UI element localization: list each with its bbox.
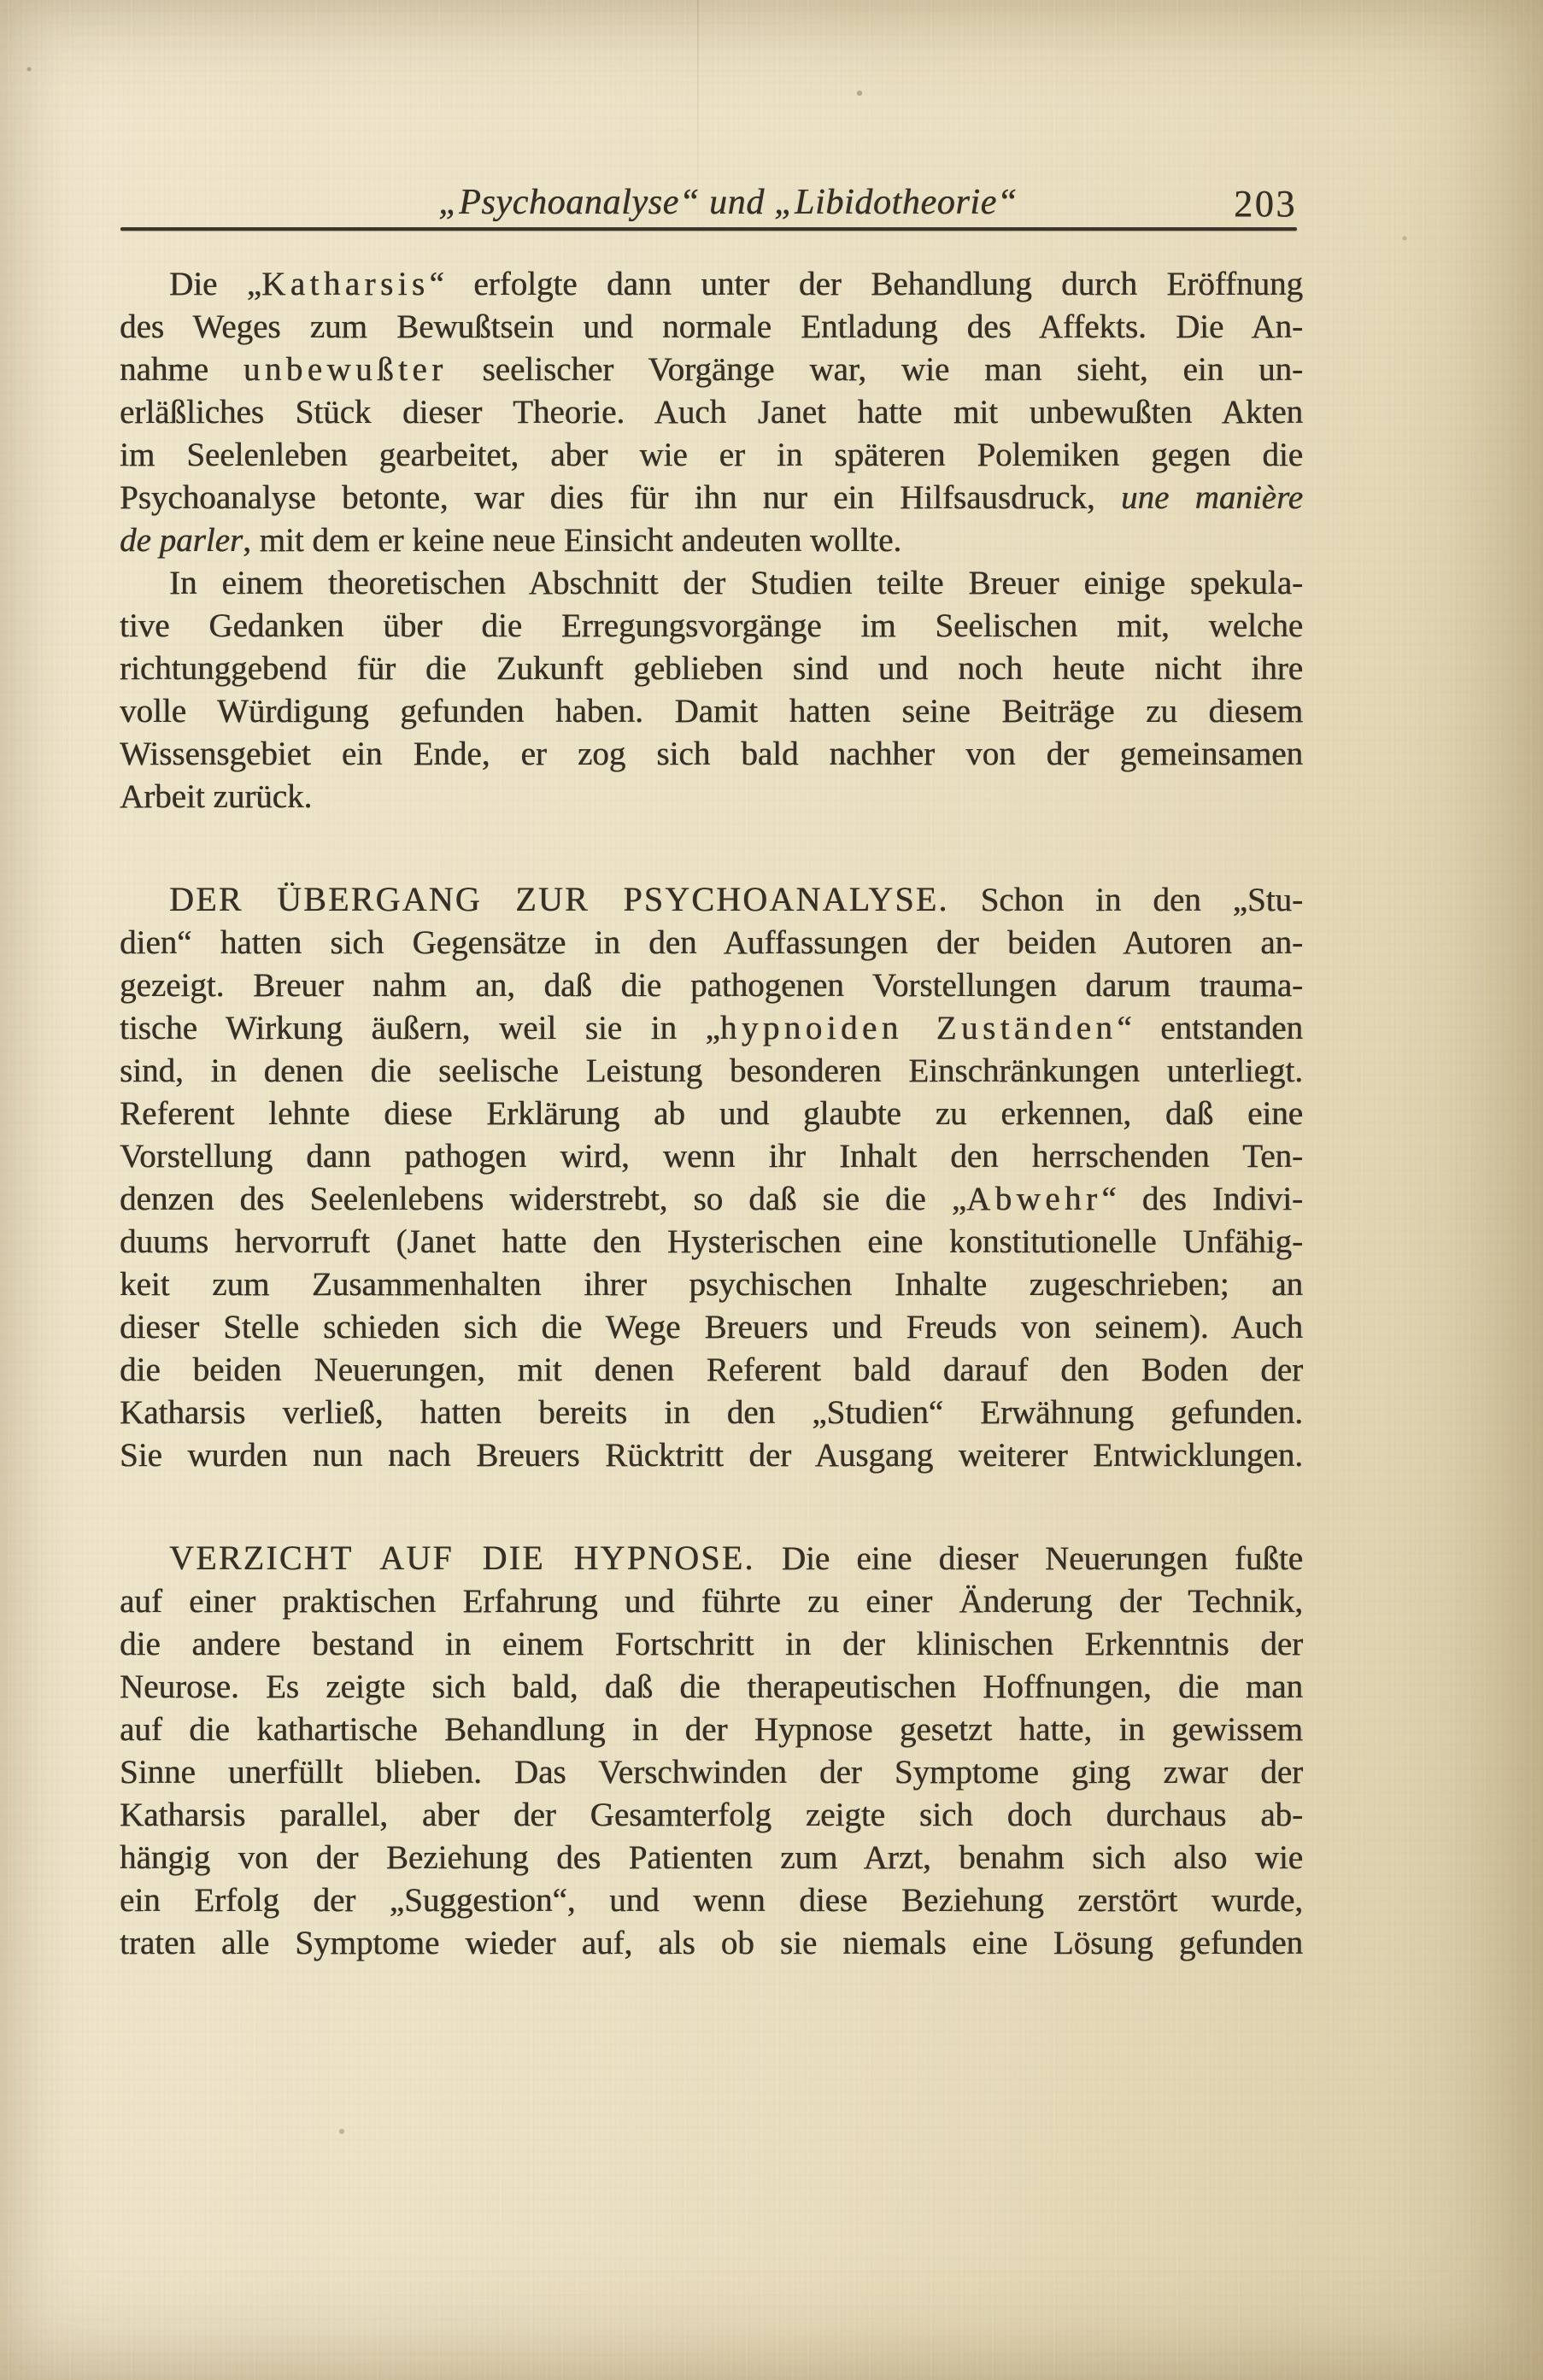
text-line: tische Wirkung äußern, weil sie in „hypn… <box>120 1007 1303 1050</box>
text-line: die andere bestand in einem Fortschritt … <box>120 1623 1303 1666</box>
text-line: Sinne unerfüllt blieben. Das Verschwinde… <box>120 1751 1303 1794</box>
text-line: im Seelenleben gearbeitet, aber wie er i… <box>120 434 1303 477</box>
text-line: Katharsis verließ, hatten bereits in den… <box>120 1392 1303 1434</box>
text-segment: sind, in denen die seelische Leistung be… <box>120 1052 1303 1089</box>
text-segment: Katharsis parallel, aber der Gesamterfol… <box>120 1797 1303 1833</box>
text-line: volle Würdigung gefunden haben. Damit ha… <box>120 690 1303 733</box>
text-line: richtunggebend für die Zukunft geblieben… <box>120 648 1303 690</box>
text-segment: Psychoanalyse betonte, war dies für ihn … <box>120 479 1121 516</box>
text-line: Vorstellung dann pathogen wird, wenn ihr… <box>120 1135 1303 1178</box>
text-line: Wissensgebiet ein Ende, er zog sich bald… <box>120 733 1303 776</box>
text-segment: volle Würdigung gefunden haben. Damit ha… <box>120 693 1303 730</box>
text-line: de parler, mit dem er keine neue Einsich… <box>120 519 1303 562</box>
text-line: auf die kathartische Behandlung in der H… <box>120 1709 1303 1751</box>
text-segment: die beiden Neuerungen, mit denen Referen… <box>120 1351 1303 1388</box>
text-segment: richtunggebend für die Zukunft geblieben… <box>120 650 1303 687</box>
text-segment: seelischer Vorgänge war, wie man sieht, … <box>448 351 1303 388</box>
text-segment: Katharsis <box>261 266 429 302</box>
text-line: erläßliches Stück dieser Theorie. Auch J… <box>120 391 1303 434</box>
text-segment: Katharsis verließ, hatten bereits in den… <box>120 1394 1303 1431</box>
text-line: duums hervorruft (Janet hatte den Hyster… <box>120 1221 1303 1263</box>
page-number: 203 <box>1234 185 1297 224</box>
text-segment: auf einer praktischen Erfahrung und führ… <box>120 1583 1303 1620</box>
text-segment: tive Gedanken über die Erregungsvorgänge… <box>120 607 1303 644</box>
running-title: „Psychoanalyse“ und „Libidotheorie“ <box>120 183 1297 222</box>
text-line: traten alle Symptome wieder auf, als ob … <box>120 1922 1303 1965</box>
text-segment: “ entstanden <box>1117 1010 1303 1046</box>
paper-specks <box>0 0 2 2</box>
text-segment: hypnoiden Zuständen <box>720 1010 1117 1046</box>
text-segment: auf die kathartische Behandlung in der H… <box>120 1711 1303 1748</box>
text-line: Die „Katharsis“ erfolgte dann unter der … <box>120 263 1303 306</box>
text-segment: gezeigt. Breuer nahm an, daß die pathoge… <box>120 967 1303 1004</box>
header-rule <box>120 227 1297 231</box>
text-segment: “ erfolgte dann unter der Behandlung dur… <box>430 266 1303 302</box>
text-line: Referent lehnte diese Erklärung ab und g… <box>120 1093 1303 1135</box>
text-segment: duums hervorruft (Janet hatte den Hyster… <box>120 1223 1303 1260</box>
text-line: nahme unbewußter seelischer Vorgänge war… <box>120 349 1303 391</box>
text-segment: de parler <box>120 522 243 559</box>
paragraph-p4: VERZICHT AUF DIE HYPNOSE. Die eine diese… <box>120 1537 1303 1965</box>
text-segment: DER ÜBERGANG ZUR PSYCHOANALYSE. <box>169 880 949 918</box>
text-segment: traten alle Symptome wieder auf, als ob … <box>120 1925 1303 1961</box>
text-segment: dien“ hatten sich Gegensätze in den Auff… <box>120 924 1303 961</box>
text-line: In einem theoretischen Abschnitt der Stu… <box>120 562 1303 605</box>
text-line: Sie wurden nun nach Breuers Rücktritt de… <box>120 1434 1303 1477</box>
text-line: keit zum Zusammenhalten ihrer psychische… <box>120 1263 1303 1306</box>
text-line: Arbeit zurück. <box>120 776 1303 818</box>
text-segment: Neurose. Es zeigte sich bald, daß die th… <box>120 1668 1303 1705</box>
text-segment: , mit dem er keine neue Einsicht andeute… <box>243 522 901 559</box>
text-segment: erläßliches Stück dieser Theorie. Auch J… <box>120 394 1303 431</box>
book-page: „Psychoanalyse“ und „Libidotheorie“ 203 … <box>0 0 1543 2380</box>
text-line: auf einer praktischen Erfahrung und führ… <box>120 1580 1303 1623</box>
text-segment: Die eine dieser Neuerungen fußte <box>755 1540 1303 1577</box>
text-line: dien“ hatten sich Gegensätze in den Auff… <box>120 922 1303 964</box>
text-segment: Sinne unerfüllt blieben. Das Verschwinde… <box>120 1754 1303 1791</box>
text-segment: Referent lehnte diese Erklärung ab und g… <box>120 1095 1303 1132</box>
text-segment: Vorstellung dann pathogen wird, wenn ihr… <box>120 1138 1303 1175</box>
text-line: hängig von der Beziehung des Patienten z… <box>120 1837 1303 1879</box>
text-segment: im Seelenleben gearbeitet, aber wie er i… <box>120 437 1303 473</box>
text-line: ein Erfolg der „Suggestion“, und wenn di… <box>120 1879 1303 1922</box>
text-segment: une manière <box>1121 479 1303 516</box>
text-segment: tische Wirkung äußern, weil sie in „ <box>120 1010 720 1046</box>
text-line: tive Gedanken über die Erregungsvorgänge… <box>120 605 1303 648</box>
text-segment: Schon in den „Stu- <box>949 882 1303 918</box>
text-segment: des Weges zum Bewußtsein und normale Ent… <box>120 308 1303 345</box>
text-segment: “ des Indivi- <box>1101 1181 1303 1217</box>
text-segment: denzen des Seelenlebens widerstrebt, so … <box>120 1181 966 1217</box>
text-segment: Abwehr <box>966 1181 1101 1217</box>
text-segment: dieser Stelle schieden sich die Wege Bre… <box>120 1309 1303 1345</box>
text-segment: VERZICHT AUF DIE HYPNOSE. <box>169 1539 755 1577</box>
text-line: des Weges zum Bewußtsein und normale Ent… <box>120 306 1303 349</box>
text-line: VERZICHT AUF DIE HYPNOSE. Die eine diese… <box>120 1537 1303 1580</box>
text-segment: Die „ <box>169 266 261 302</box>
text-line: denzen des Seelenlebens widerstrebt, so … <box>120 1178 1303 1221</box>
text-line: DER ÜBERGANG ZUR PSYCHOANALYSE. Schon in… <box>120 878 1303 922</box>
paragraph-p1: Die „Katharsis“ erfolgte dann unter der … <box>120 263 1303 562</box>
text-line: Katharsis parallel, aber der Gesamterfol… <box>120 1794 1303 1837</box>
text-line: Neurose. Es zeigte sich bald, daß die th… <box>120 1666 1303 1709</box>
text-segment: ein Erfolg der „Suggestion“, und wenn di… <box>120 1882 1303 1919</box>
running-header: „Psychoanalyse“ und „Libidotheorie“ 203 <box>120 183 1297 234</box>
text-segment: keit zum Zusammenhalten ihrer psychische… <box>120 1266 1303 1303</box>
text-line: gezeigt. Breuer nahm an, daß die pathoge… <box>120 964 1303 1007</box>
text-segment: Sie wurden nun nach Breuers Rücktritt de… <box>120 1437 1303 1474</box>
text-segment: unbewußter <box>243 351 448 388</box>
paragraph-p3: DER ÜBERGANG ZUR PSYCHOANALYSE. Schon in… <box>120 878 1303 1477</box>
text-segment: hängig von der Beziehung des Patienten z… <box>120 1839 1303 1876</box>
text-segment: die andere bestand in einem Fortschritt … <box>120 1626 1303 1662</box>
text-segment: nahme <box>120 351 243 388</box>
text-line: die beiden Neuerungen, mit denen Referen… <box>120 1349 1303 1392</box>
text-line: Psychoanalyse betonte, war dies für ihn … <box>120 477 1303 519</box>
text-segment: Wissensgebiet ein Ende, er zog sich bald… <box>120 736 1303 772</box>
text-segment: Arbeit zurück. <box>120 778 312 815</box>
paragraph-p2: In einem theoretischen Abschnitt der Stu… <box>120 562 1303 818</box>
text-line: dieser Stelle schieden sich die Wege Bre… <box>120 1306 1303 1349</box>
text-line: sind, in denen die seelische Leistung be… <box>120 1050 1303 1093</box>
body-text: Die „Katharsis“ erfolgte dann unter der … <box>120 263 1303 1965</box>
text-segment: In einem theoretischen Abschnitt der Stu… <box>169 565 1303 601</box>
